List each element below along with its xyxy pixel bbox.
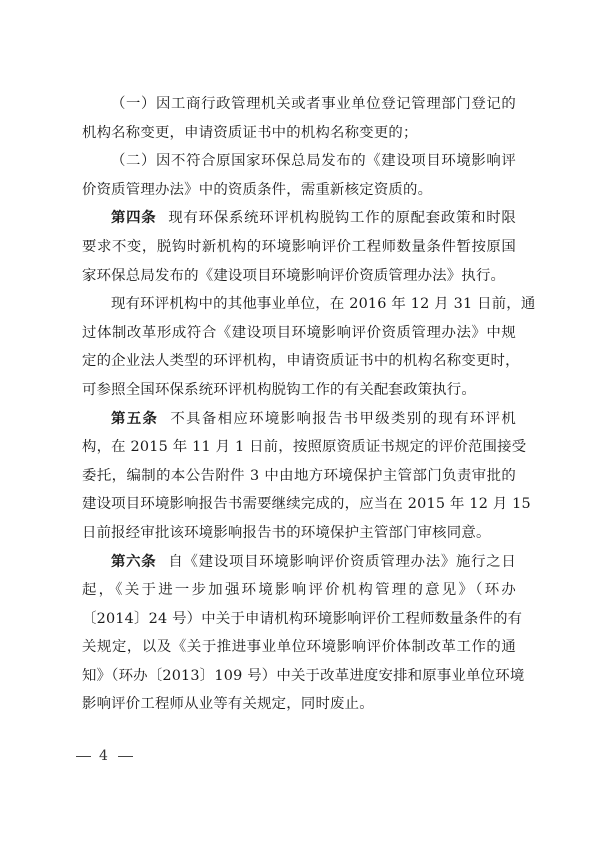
document-page: （一）因工商行政管理机关或者事业单位登记管理部门登记的 机构名称变更，申请资质证…	[0, 0, 595, 842]
article-4: 第四条现有环保系统环评机构脱钩工作的原配套政策和时限 要求不变，脱钩时新机构的环…	[82, 204, 516, 290]
article-heading: 第四条	[111, 210, 156, 226]
paragraph-item-1: （一）因工商行政管理机关或者事业单位登记管理部门登记的 机构名称变更，申请资质证…	[82, 90, 516, 147]
text-line: （一）因工商行政管理机关或者事业单位登记管理部门登记的	[82, 90, 516, 119]
text-line: 日前报经审批该环境影响报告书的环境保护主管部门审核同意。	[82, 519, 516, 548]
page-number: 4	[76, 748, 133, 764]
article-heading: 第六条	[111, 554, 156, 570]
text-line: 机构名称变更，申请资质证书中的机构名称变更的；	[82, 119, 516, 148]
text-line: 可参照全国环保系统环评机构脱钩工作的有关配套政策执行。	[82, 376, 516, 405]
text-line: 过体制改革形成符合《建设项目环境影响评价资质管理办法》中规	[82, 319, 516, 348]
article-heading: 第五条	[111, 411, 158, 427]
text-line: 构，在 2015 年 11 月 1 日前，按照原资质证书规定的评价范围接受	[82, 433, 516, 462]
text-line: 知》（环办〔2013〕109 号）中关于改革进度安排和原事业单位环境	[82, 662, 516, 691]
text-line: 第五条不具备相应环境影响报告书甲级类别的现有环评机	[82, 405, 516, 434]
dash-right	[118, 756, 133, 757]
text-span: 现有环保系统环评机构脱钩工作的原配套政策和时限	[168, 210, 516, 226]
text-line: 第四条现有环保系统环评机构脱钩工作的原配套政策和时限	[82, 204, 516, 233]
page-number-value: 4	[99, 748, 110, 764]
text-line: 第六条自《建设项目环境影响评价资质管理办法》施行之日	[82, 548, 516, 577]
paragraph-item-4: 现有环评机构中的其他事业单位，在 2016 年 12 月 31 日前，通 过体制…	[82, 290, 516, 404]
text-line: 家环保总局发布的《建设项目环境影响评价资质管理办法》执行。	[82, 262, 516, 291]
text-line: 影响评价工程师从业等有关规定，同时废止。	[82, 690, 516, 719]
document-body: （一）因工商行政管理机关或者事业单位登记管理部门登记的 机构名称变更，申请资质证…	[82, 90, 516, 719]
article-5: 第五条不具备相应环境影响报告书甲级类别的现有环评机 构，在 2015 年 11 …	[82, 405, 516, 548]
text-span: 不具备相应环境影响报告书甲级类别的现有环评机	[170, 411, 516, 427]
text-line: 现有环评机构中的其他事业单位，在 2016 年 12 月 31 日前，通	[82, 290, 516, 319]
text-span: 自《建设项目环境影响评价资质管理办法》施行之日	[168, 554, 516, 570]
text-line: 定的企业法人类型的环评机构，申请资质证书中的机构名称变更时，	[82, 347, 516, 376]
article-6: 第六条自《建设项目环境影响评价资质管理办法》施行之日 起，《关于进一步加强环境影…	[82, 548, 516, 720]
text-line: 要求不变，脱钩时新机构的环境影响评价工程师数量条件暂按原国	[82, 233, 516, 262]
dash-left	[76, 756, 91, 757]
text-line: 关规定，以及《关于推进事业单位环境影响评价体制改革工作的通	[82, 633, 516, 662]
text-line: （二）因不符合原国家环保总局发布的《建设项目环境影响评	[82, 147, 516, 176]
text-line: 起，《关于进一步加强环境影响评价机构管理的意见》（环办	[82, 576, 516, 605]
text-line: 〔2014〕24 号）中关于申请机构环境影响评价工程师数量条件的有	[82, 605, 516, 634]
text-line: 价资质管理办法》中的资质条件，需重新核定资质的。	[82, 176, 516, 205]
text-line: 委托，编制的本公告附件 3 中由地方环境保护主管部门负责审批的	[82, 462, 516, 491]
text-line: 建设项目环境影响报告书需要继续完成的，应当在 2015 年 12 月 15	[82, 490, 516, 519]
paragraph-item-2: （二）因不符合原国家环保总局发布的《建设项目环境影响评 价资质管理办法》中的资质…	[82, 147, 516, 204]
